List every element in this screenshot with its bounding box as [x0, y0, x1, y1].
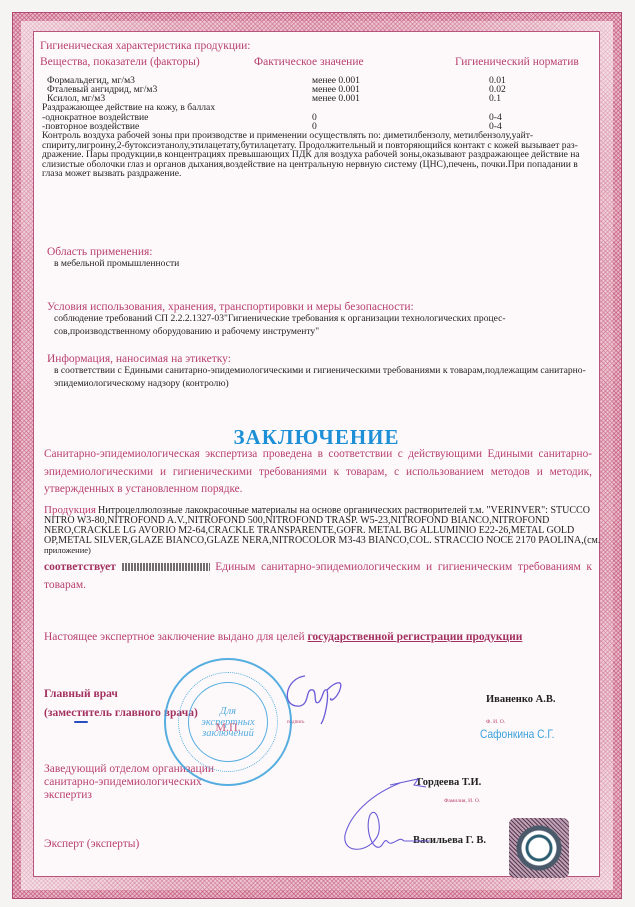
chief-name: Иваненко А.В.: [486, 694, 555, 705]
scope-text: в мебельной промышленности: [54, 259, 179, 269]
conditions-line-2: сов,производственному оборудованию и раб…: [54, 327, 319, 337]
label-info-line-2: эпидемиологическому надзору (контролю): [54, 379, 229, 389]
label-info-line-1: в соответствии с Едиными санитарно-эпиде…: [54, 366, 586, 376]
stamp-line-1: Для: [166, 706, 290, 717]
product-line: приложение): [44, 545, 91, 555]
hygiene-heading: Гигиеническая характеристика продукции:: [40, 40, 250, 52]
stamp-mark: М.П.: [166, 720, 290, 735]
expert-signature-icon: [330, 775, 440, 865]
purpose-prefix: Настоящее экспертное заключение выдано д…: [44, 631, 305, 643]
expert-title: Эксперт (эксперты): [44, 838, 139, 850]
complies-statement: соответствует Единым санитарно-эпидемиол…: [44, 559, 592, 594]
col-header-substance: Вещества, показатели (факторы): [40, 56, 200, 68]
product-line: OP,METAL SILVER,GLAZE BIANCO,GLAZE NERA,…: [44, 535, 600, 546]
head-title-2: санитарно-эпидемиологических: [44, 776, 202, 788]
complies-word: соответствует: [44, 561, 116, 573]
round-stamp: Для экспертных заключений М.П.: [164, 658, 292, 786]
hygiene-note-line: глаза может вызвать раздражение.: [42, 169, 181, 179]
col-header-norm: Гигиенический норматив: [455, 56, 579, 68]
purpose-bold: государственной регистрации продукции: [307, 631, 522, 643]
document-page: Гигиеническая характеристика продукции: …: [33, 31, 600, 877]
hygiene-row-actual: менее 0.001: [312, 94, 360, 104]
conclusion-intro: Санитарно-эпидемиологическая экспертиза …: [44, 446, 592, 499]
scope-heading: Область применения:: [47, 246, 152, 258]
conditions-heading: Условия использования, хранения, транспо…: [47, 301, 414, 313]
hygiene-row-norm: 0.1: [489, 94, 501, 104]
fio-caption: Ф. И. О.: [486, 719, 505, 725]
stamp-handwritten-name: Сафонкина С.Г.: [480, 727, 554, 741]
col-header-actual: Фактическое значение: [254, 56, 364, 68]
surname-caption: Фамилия, И. О.: [444, 798, 480, 804]
conditions-line-1: соблюдение требований СП 2.2.2.1327-03"Г…: [54, 314, 506, 324]
hologram-seal-icon: [509, 818, 569, 878]
chief-signature-icon: [275, 668, 355, 728]
dash-mark: [74, 721, 88, 723]
chief-title-1: Главный врач: [44, 688, 118, 700]
purpose-statement: Настоящее экспертное заключение выдано д…: [44, 631, 522, 643]
label-info-heading: Информация, наносимая на этикетку:: [47, 353, 231, 365]
head-title-3: экспертиз: [44, 789, 92, 801]
redacted-text: [122, 563, 210, 571]
